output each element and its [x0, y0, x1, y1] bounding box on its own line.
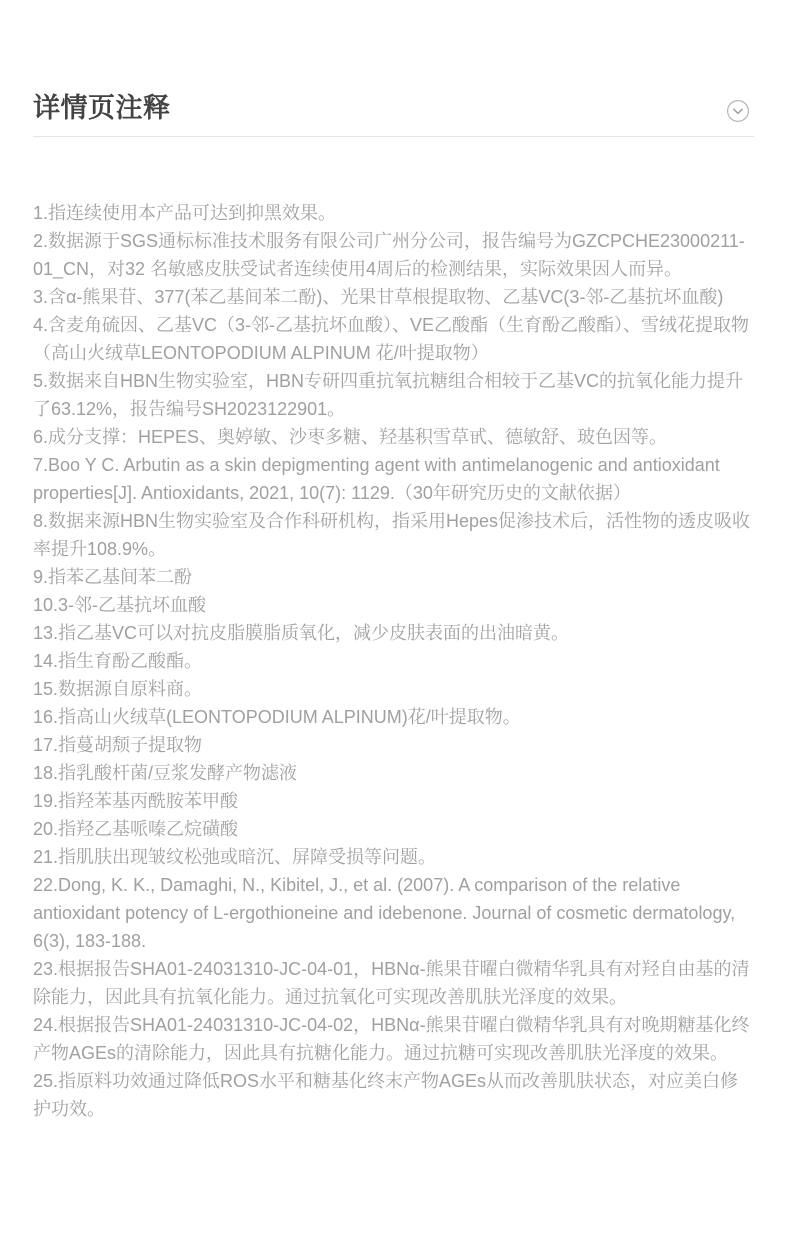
panel-header: 详情页注释: [33, 0, 754, 126]
note-item-21: 21.指肌肤出现皱纹松弛或暗沉、屏障受损等问题。: [33, 843, 754, 871]
note-item-18: 18.指乳酸杆菌/豆浆发酵产物滤液: [33, 759, 754, 787]
note-item-15: 15.数据源自原料商。: [33, 675, 754, 703]
note-item-8: 8.数据来源HBN生物实验室及合作科研机构，指采用Hepes促渗技术后，活性物的…: [33, 507, 754, 563]
divider: [33, 136, 754, 137]
note-item-24: 24.根据报告SHA01-24031310-JC-04-02，HBNα-熊果苷曜…: [33, 1011, 754, 1067]
note-item-23: 23.根据报告SHA01-24031310-JC-04-01，HBNα-熊果苷曜…: [33, 955, 754, 1011]
note-item-2: 2.数据源于SGS通标标准技术服务有限公司广州分公司，报告编号为GZCPCHE2…: [33, 227, 754, 283]
note-item-3: 3.含α-熊果苷、377(苯乙基间苯二酚)、光果甘草根提取物、乙基VC(3-邻-…: [33, 283, 754, 311]
notes-list: 1.指连续使用本产品可达到抑黑效果。 2.数据源于SGS通标标准技术服务有限公司…: [33, 199, 754, 1123]
note-item-20: 20.指羟乙基哌嗪乙烷磺酸: [33, 815, 754, 843]
note-item-10: 10.3-邻-乙基抗坏血酸: [33, 591, 754, 619]
page-title: 详情页注释: [33, 90, 171, 126]
note-item-13: 13.指乙基VC可以对抗皮脂膜脂质氧化，减少皮肤表面的出油暗黄。: [33, 619, 754, 647]
collapse-toggle-button[interactable]: [726, 99, 750, 123]
detail-notes-panel: 详情页注释 1.指连续使用本产品可达到抑黑效果。 2.数据源于SGS通标标准技术…: [0, 0, 790, 1233]
note-item-25: 25.指原料功效通过降低ROS水平和糖基化终末产物AGEs从而改善肌肤状态，对应…: [33, 1067, 754, 1123]
note-item-19: 19.指羟苯基丙酰胺苯甲酸: [33, 787, 754, 815]
chevron-down-circle-icon: [726, 99, 750, 123]
note-item-17: 17.指蔓胡颓子提取物: [33, 731, 754, 759]
note-item-9: 9.指苯乙基间苯二酚: [33, 563, 754, 591]
note-item-7: 7.Boo Y C. Arbutin as a skin depigmentin…: [33, 451, 754, 507]
note-item-14: 14.指生育酚乙酸酯。: [33, 647, 754, 675]
note-item-22: 22.Dong, K. K., Damaghi, N., Kibitel, J.…: [33, 871, 754, 955]
note-item-5: 5.数据来自HBN生物实验室，HBN专研四重抗氧抗糖组合相较于乙基VC的抗氧化能…: [33, 367, 754, 423]
note-item-16: 16.指高山火绒草(LEONTOPODIUM ALPINUM)花/叶提取物。: [33, 703, 754, 731]
note-item-1: 1.指连续使用本产品可达到抑黑效果。: [33, 199, 754, 227]
note-item-4: 4.含麦角硫因、乙基VC（3-邻-乙基抗坏血酸）、VE乙酸酯（生育酚乙酸酯）、雪…: [33, 311, 754, 367]
note-item-6: 6.成分支撑：HEPES、奥婷敏、沙枣多糖、羟基积雪草甙、德敏舒、玻色因等。: [33, 423, 754, 451]
